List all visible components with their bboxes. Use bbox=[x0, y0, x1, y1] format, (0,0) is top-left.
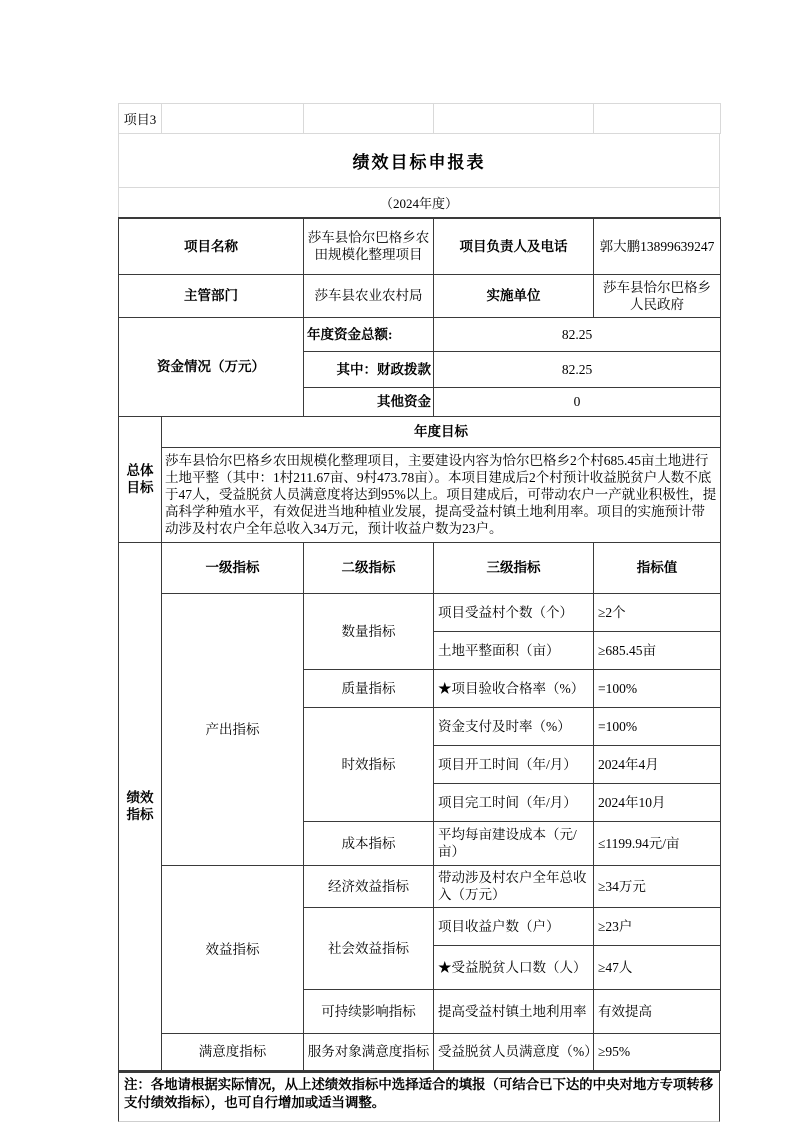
form-title: 绩效目标申报表 bbox=[118, 134, 720, 188]
annual-goal-header-row: 总体目标 年度目标 bbox=[119, 416, 721, 447]
level3-cell: 项目受益村个数（个） bbox=[434, 593, 594, 631]
funding-fiscal-label: 其中：财政拨款 bbox=[304, 351, 434, 387]
level3-cell: 资金支付及时率（%） bbox=[434, 707, 594, 745]
value-cell: 有效提高 bbox=[594, 989, 721, 1033]
level3-cell: ★受益脱贫人口数（人） bbox=[434, 945, 594, 989]
level1-cell-satisfaction: 满意度指标 bbox=[162, 1033, 304, 1070]
project-name-row: 项目名称 莎车县恰尔巴格乡农田规模化整理项目 项目负责人及电话 郭大鹏13899… bbox=[119, 218, 721, 274]
level2-cell-quality: 质量指标 bbox=[304, 669, 434, 707]
level2-cell-cost: 成本指标 bbox=[304, 821, 434, 865]
value-cell: ≤1199.94元/亩 bbox=[594, 821, 721, 865]
empty-cell bbox=[162, 104, 304, 134]
empty-cell bbox=[304, 104, 434, 134]
funding-label: 资金情况（万元） bbox=[119, 317, 304, 416]
funding-total-value: 82.25 bbox=[434, 317, 721, 351]
value-cell: 2024年10月 bbox=[594, 783, 721, 821]
level3-cell: 土地平整面积（亩） bbox=[434, 631, 594, 669]
level2-cell-economic: 经济效益指标 bbox=[304, 865, 434, 907]
department-label: 主管部门 bbox=[119, 274, 304, 317]
implement-value: 莎车县恰尔巴格乡人民政府 bbox=[594, 274, 721, 317]
annual-goal-text: 莎车县恰尔巴格乡农田规模化整理项目，主要建设内容为恰尔巴格乡2个村685.45亩… bbox=[162, 447, 721, 542]
empty-cell bbox=[434, 104, 594, 134]
level3-cell: 带动涉及村农户全年总收入（万元） bbox=[434, 865, 594, 907]
performance-indicator-label: 绩效指标 bbox=[119, 542, 162, 1070]
value-cell: ≥95% bbox=[594, 1033, 721, 1070]
value-cell: ≥47人 bbox=[594, 945, 721, 989]
value-cell: 2024年4月 bbox=[594, 745, 721, 783]
level3-cell: 受益脱贫人员满意度（%） bbox=[434, 1033, 594, 1070]
value-cell: ≥34万元 bbox=[594, 865, 721, 907]
header-level2: 二级指标 bbox=[304, 542, 434, 593]
top-cells-row: 项目3 bbox=[118, 103, 721, 134]
header-value: 指标值 bbox=[594, 542, 721, 593]
level2-cell-quantity: 数量指标 bbox=[304, 593, 434, 669]
level1-cell-output: 产出指标 bbox=[162, 593, 304, 865]
funding-total-label: 年度资金总额: bbox=[304, 317, 434, 351]
level3-cell: 项目收益户数（户） bbox=[434, 907, 594, 945]
value-cell: ≥685.45亩 bbox=[594, 631, 721, 669]
funding-fiscal-value: 82.25 bbox=[434, 351, 721, 387]
level2-cell-social: 社会效益指标 bbox=[304, 907, 434, 989]
overall-goal-label: 总体目标 bbox=[119, 416, 162, 542]
department-value: 莎车县农业农村局 bbox=[304, 274, 434, 317]
declaration-table: 项目名称 莎车县恰尔巴格乡农田规模化整理项目 项目负责人及电话 郭大鹏13899… bbox=[118, 217, 721, 1071]
value-cell: ≥2个 bbox=[594, 593, 721, 631]
manager-value: 郭大鹏13899639247 bbox=[594, 218, 721, 274]
level2-cell-service: 服务对象满意度指标 bbox=[304, 1033, 434, 1070]
level3-cell: 平均每亩建设成本（元/亩） bbox=[434, 821, 594, 865]
value-cell: =100% bbox=[594, 707, 721, 745]
funding-total-row: 资金情况（万元） 年度资金总额: 82.25 bbox=[119, 317, 721, 351]
form-sheet: 项目3 绩效目标申报表 （2024年度） 项目名称 莎车县恰尔巴格乡农田规模化整… bbox=[118, 103, 720, 1122]
level2-cell-timeliness: 时效指标 bbox=[304, 707, 434, 821]
empty-cell bbox=[594, 104, 721, 134]
header-level1: 一级指标 bbox=[162, 542, 304, 593]
form-subtitle: （2024年度） bbox=[118, 188, 720, 217]
indicator-row: 满意度指标 服务对象满意度指标 受益脱贫人员满意度（%） ≥95% bbox=[119, 1033, 721, 1070]
funding-other-value: 0 bbox=[434, 387, 721, 416]
header-level3: 三级指标 bbox=[434, 542, 594, 593]
manager-label: 项目负责人及电话 bbox=[434, 218, 594, 274]
project-name-label: 项目名称 bbox=[119, 218, 304, 274]
annual-goal-text-row: 莎车县恰尔巴格乡农田规模化整理项目，主要建设内容为恰尔巴格乡2个村685.45亩… bbox=[119, 447, 721, 542]
indicator-row: 产出指标 数量指标 项目受益村个数（个） ≥2个 bbox=[119, 593, 721, 631]
department-row: 主管部门 莎车县农业农村局 实施单位 莎车县恰尔巴格乡人民政府 bbox=[119, 274, 721, 317]
indicator-header-row: 绩效指标 一级指标 二级指标 三级指标 指标值 bbox=[119, 542, 721, 593]
annual-goal-header: 年度目标 bbox=[162, 416, 721, 447]
funding-other-label: 其他资金 bbox=[304, 387, 434, 416]
level1-cell-benefit: 效益指标 bbox=[162, 865, 304, 1033]
level3-cell: 项目完工时间（年/月） bbox=[434, 783, 594, 821]
level3-cell: ★项目验收合格率（%） bbox=[434, 669, 594, 707]
corner-cell: 项目3 bbox=[119, 104, 162, 134]
level3-cell: 项目开工时间（年/月） bbox=[434, 745, 594, 783]
implement-label: 实施单位 bbox=[434, 274, 594, 317]
level2-cell-sustainable: 可持续影响指标 bbox=[304, 989, 434, 1033]
value-cell: ≥23户 bbox=[594, 907, 721, 945]
project-name-value: 莎车县恰尔巴格乡农田规模化整理项目 bbox=[304, 218, 434, 274]
footnote: 注：各地请根据实际情况，从上述绩效指标中选择适合的填报（可结合已下达的中央对地方… bbox=[118, 1071, 720, 1122]
value-cell: =100% bbox=[594, 669, 721, 707]
level3-cell: 提高受益村镇土地利用率 bbox=[434, 989, 594, 1033]
indicator-row: 效益指标 经济效益指标 带动涉及村农户全年总收入（万元） ≥34万元 bbox=[119, 865, 721, 907]
